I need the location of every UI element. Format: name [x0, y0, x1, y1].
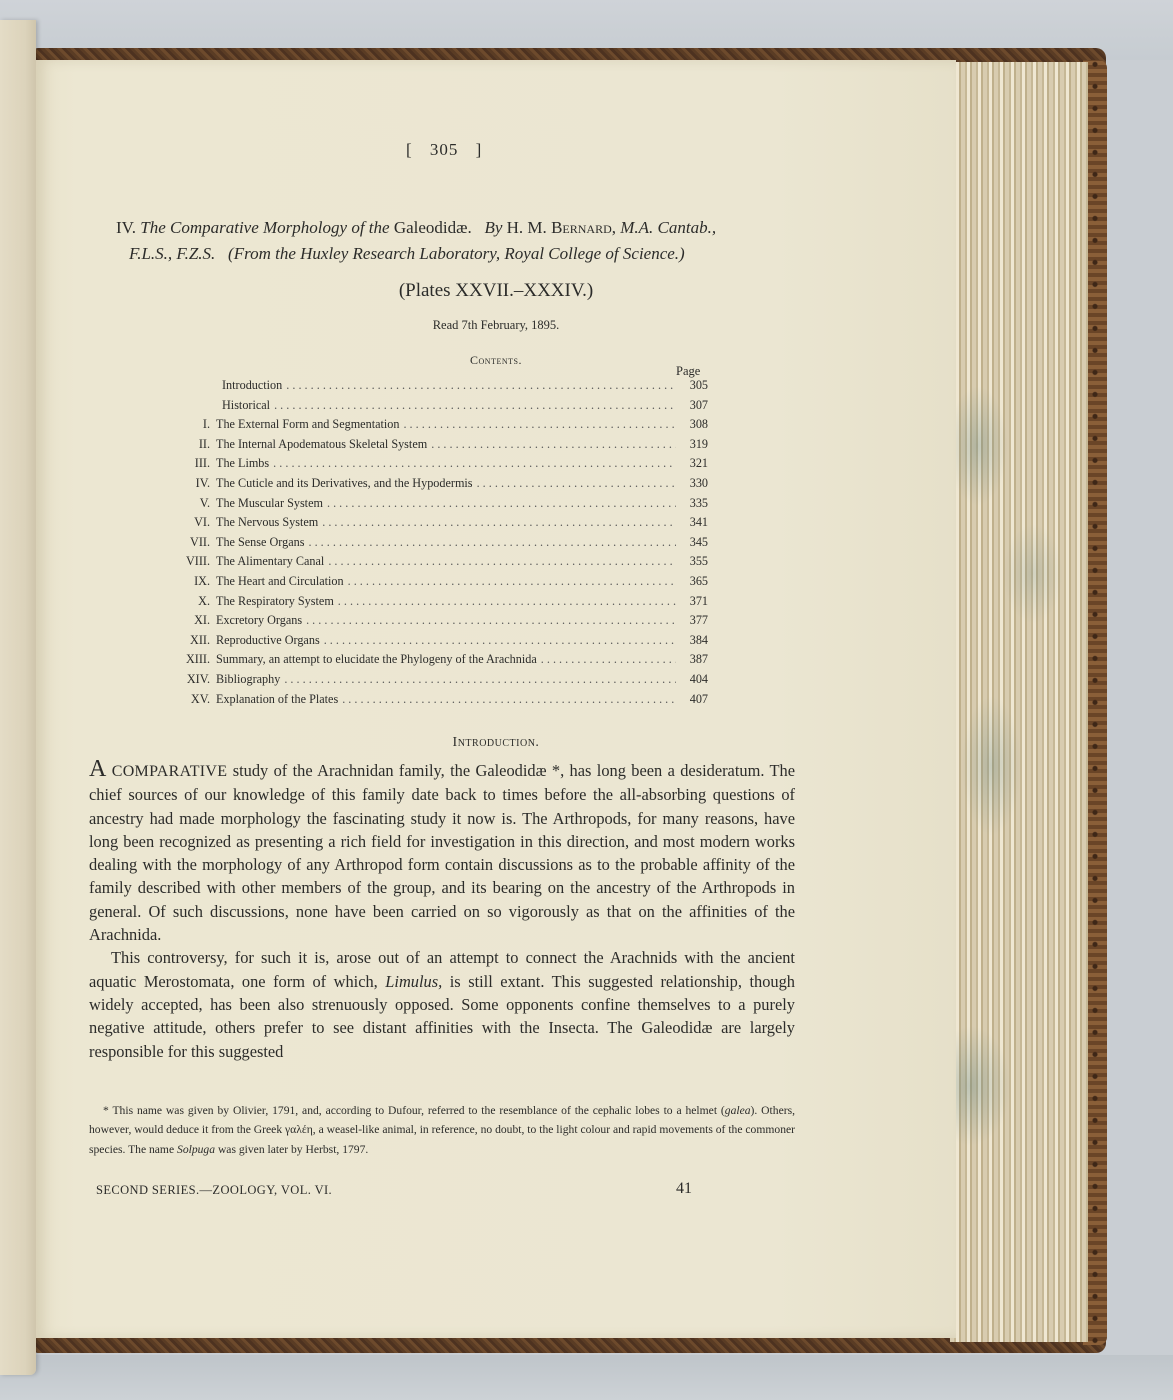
toc-section-number: XIV.: [156, 672, 216, 687]
toc-section-number: III.: [156, 456, 216, 471]
toc-section-number: V.: [156, 496, 216, 511]
footnote-solpuga: Solpuga: [177, 1143, 215, 1156]
plates-reference: (Plates XXVII.–XXXIV.): [36, 280, 956, 302]
toc-page-number: 377: [680, 613, 708, 628]
toc-leader-dots: [477, 476, 676, 491]
toc-row: XV.Explanation of the Plates407: [156, 692, 708, 712]
toc-section-number: VIII.: [156, 554, 216, 569]
toc-section-title: Historical: [216, 398, 270, 413]
toc-section-title: The Heart and Circulation: [216, 574, 344, 589]
toc-row: II.The Internal Apodematous Skeletal Sys…: [156, 437, 708, 457]
toc-leader-dots: [324, 633, 676, 648]
toc-section-title: Bibliography: [216, 672, 280, 687]
paragraph-2: This controversy, for such it is, arose …: [89, 946, 795, 1062]
toc-row: III.The Limbs321: [156, 456, 708, 476]
toc-page-number: 319: [680, 437, 708, 452]
toc-row: XIII.Summary, an attempt to elucidate th…: [156, 652, 708, 672]
toc-section-number: I.: [156, 417, 216, 432]
contents-page-label: Page: [676, 364, 700, 379]
toc-row: Historical307: [156, 398, 708, 418]
page-content: [ 305 ] IV. The Comparative Morphology o…: [36, 60, 956, 1338]
footnote-text: * This name was given by Olivier, 1791, …: [89, 1101, 795, 1159]
toc-section-number: X.: [156, 594, 216, 609]
toc-leader-dots: [273, 456, 676, 471]
introduction-heading: Introduction.: [36, 735, 956, 751]
introduction-body: A COMPARATIVE study of the Arachnidan fa…: [89, 758, 795, 1063]
toc-row: XIV.Bibliography404: [156, 672, 708, 692]
toc-section-number: XI.: [156, 613, 216, 628]
toc-row: XII.Reproductive Organs384: [156, 633, 708, 653]
toc-row: IV.The Cuticle and its Derivatives, and …: [156, 476, 708, 496]
article-author-surname: Bernard,: [551, 218, 616, 237]
contents-heading: Contents.: [36, 353, 956, 368]
footnote-part1: * This name was given by Olivier, 1791, …: [103, 1104, 725, 1117]
toc-page-number: 404: [680, 672, 708, 687]
toc-page-number: 355: [680, 554, 708, 569]
article-by: By: [484, 218, 502, 237]
toc-row: Introduction305: [156, 378, 708, 398]
footnote-part3: was given later by Herbst, 1797.: [218, 1143, 368, 1156]
toc-page-number: 407: [680, 692, 708, 707]
paragraph-1-text: study of the Arachnidan family, the Gale…: [89, 761, 795, 944]
toc-leader-dots: [274, 398, 676, 413]
toc-leader-dots: [348, 574, 676, 589]
toc-leader-dots: [306, 613, 676, 628]
toc-page-number: 308: [680, 417, 708, 432]
read-date: Read 7th February, 1895.: [36, 318, 956, 333]
toc-leader-dots: [328, 554, 676, 569]
toc-section-title: Excretory Organs: [216, 613, 302, 628]
limulus-italic: Limulus,: [385, 972, 442, 991]
book-page: [ 305 ] IV. The Comparative Morphology o…: [36, 60, 956, 1338]
toc-page-number: 330: [680, 476, 708, 491]
toc-page-number: 307: [680, 398, 708, 413]
toc-section-title: The Nervous System: [216, 515, 318, 530]
toc-leader-dots: [286, 378, 676, 393]
toc-row: I.The External Form and Segmentation308: [156, 417, 708, 437]
paragraph-1: A COMPARATIVE study of the Arachnidan fa…: [89, 758, 795, 946]
toc-row: IX.The Heart and Circulation365: [156, 574, 708, 594]
footnote: * This name was given by Olivier, 1791, …: [89, 1101, 795, 1159]
toc-section-title: The Muscular System: [216, 496, 323, 511]
toc-page-number: 384: [680, 633, 708, 648]
page-stack-edges: [950, 62, 1088, 1342]
toc-section-number: VI.: [156, 515, 216, 530]
toc-row: VII.The Sense Organs345: [156, 535, 708, 555]
toc-page-number: 365: [680, 574, 708, 589]
toc-section-number: II.: [156, 437, 216, 452]
toc-section-number: XV.: [156, 692, 216, 707]
article-title-italic: The Comparative Morphology of the: [140, 218, 389, 237]
toc-leader-dots: [342, 692, 676, 707]
article-title-line2: F.L.S., F.Z.S. (From the Huxley Research…: [129, 244, 685, 264]
table-of-contents: Introduction305Historical307I.The Extern…: [156, 378, 708, 711]
article-number: IV.: [116, 218, 136, 237]
toc-page-number: 305: [680, 378, 708, 393]
toc-leader-dots: [308, 535, 676, 550]
toc-leader-dots: [403, 417, 676, 432]
article-degree: M.A. Cantab.,: [620, 218, 716, 237]
toc-leader-dots: [327, 496, 676, 511]
article-family: Galeodidæ.: [394, 218, 472, 237]
toc-section-number: XII.: [156, 633, 216, 648]
toc-page-number: 341: [680, 515, 708, 530]
toc-row: VIII.The Alimentary Canal355: [156, 554, 708, 574]
article-fellowships: F.L.S., F.Z.S.: [129, 244, 215, 263]
toc-page-number: 321: [680, 456, 708, 471]
toc-section-title: The Limbs: [216, 456, 269, 471]
toc-row: X.The Respiratory System371: [156, 594, 708, 614]
toc-leader-dots: [338, 594, 676, 609]
toc-section-number: XIII.: [156, 652, 216, 667]
article-affiliation: (From the Huxley Research Laboratory, Ro…: [228, 244, 685, 263]
toc-section-title: The Sense Organs: [216, 535, 304, 550]
toc-section-title: Explanation of the Plates: [216, 692, 338, 707]
toc-row: VI.The Nervous System341: [156, 515, 708, 535]
toc-section-title: The External Form and Segmentation: [216, 417, 399, 432]
toc-section-number: IX.: [156, 574, 216, 589]
footnote-galea: galea: [725, 1104, 751, 1117]
toc-page-number: 387: [680, 652, 708, 667]
toc-leader-dots: [541, 652, 676, 667]
left-page-curl: [0, 20, 36, 1375]
toc-section-title: The Cuticle and its Derivatives, and the…: [216, 476, 473, 491]
toc-section-number: VII.: [156, 535, 216, 550]
background-bottom: [0, 1355, 1173, 1400]
toc-leader-dots: [322, 515, 676, 530]
dropcap: A: [89, 756, 106, 782]
opening-caps: COMPARATIVE: [112, 763, 228, 780]
article-author: H. M.: [507, 218, 547, 237]
toc-section-title: The Respiratory System: [216, 594, 334, 609]
toc-leader-dots: [284, 672, 676, 687]
toc-section-title: Reproductive Organs: [216, 633, 320, 648]
signature-mark: 41: [676, 1180, 692, 1198]
toc-row: V.The Muscular System335: [156, 496, 708, 516]
series-footer: SECOND SERIES.—ZOOLOGY, VOL. VI.: [96, 1183, 332, 1198]
page-number: [ 305 ]: [406, 140, 482, 160]
toc-section-number: IV.: [156, 476, 216, 491]
toc-row: XI.Excretory Organs377: [156, 613, 708, 633]
toc-page-number: 345: [680, 535, 708, 550]
article-title-line1: IV. The Comparative Morphology of the Ga…: [116, 218, 716, 238]
toc-section-title: The Alimentary Canal: [216, 554, 324, 569]
toc-page-number: 335: [680, 496, 708, 511]
toc-section-title: Introduction: [216, 378, 282, 393]
toc-section-title: Summary, an attempt to elucidate the Phy…: [216, 652, 537, 667]
toc-page-number: 371: [680, 594, 708, 609]
toc-section-title: The Internal Apodematous Skeletal System: [216, 437, 427, 452]
toc-leader-dots: [431, 437, 676, 452]
